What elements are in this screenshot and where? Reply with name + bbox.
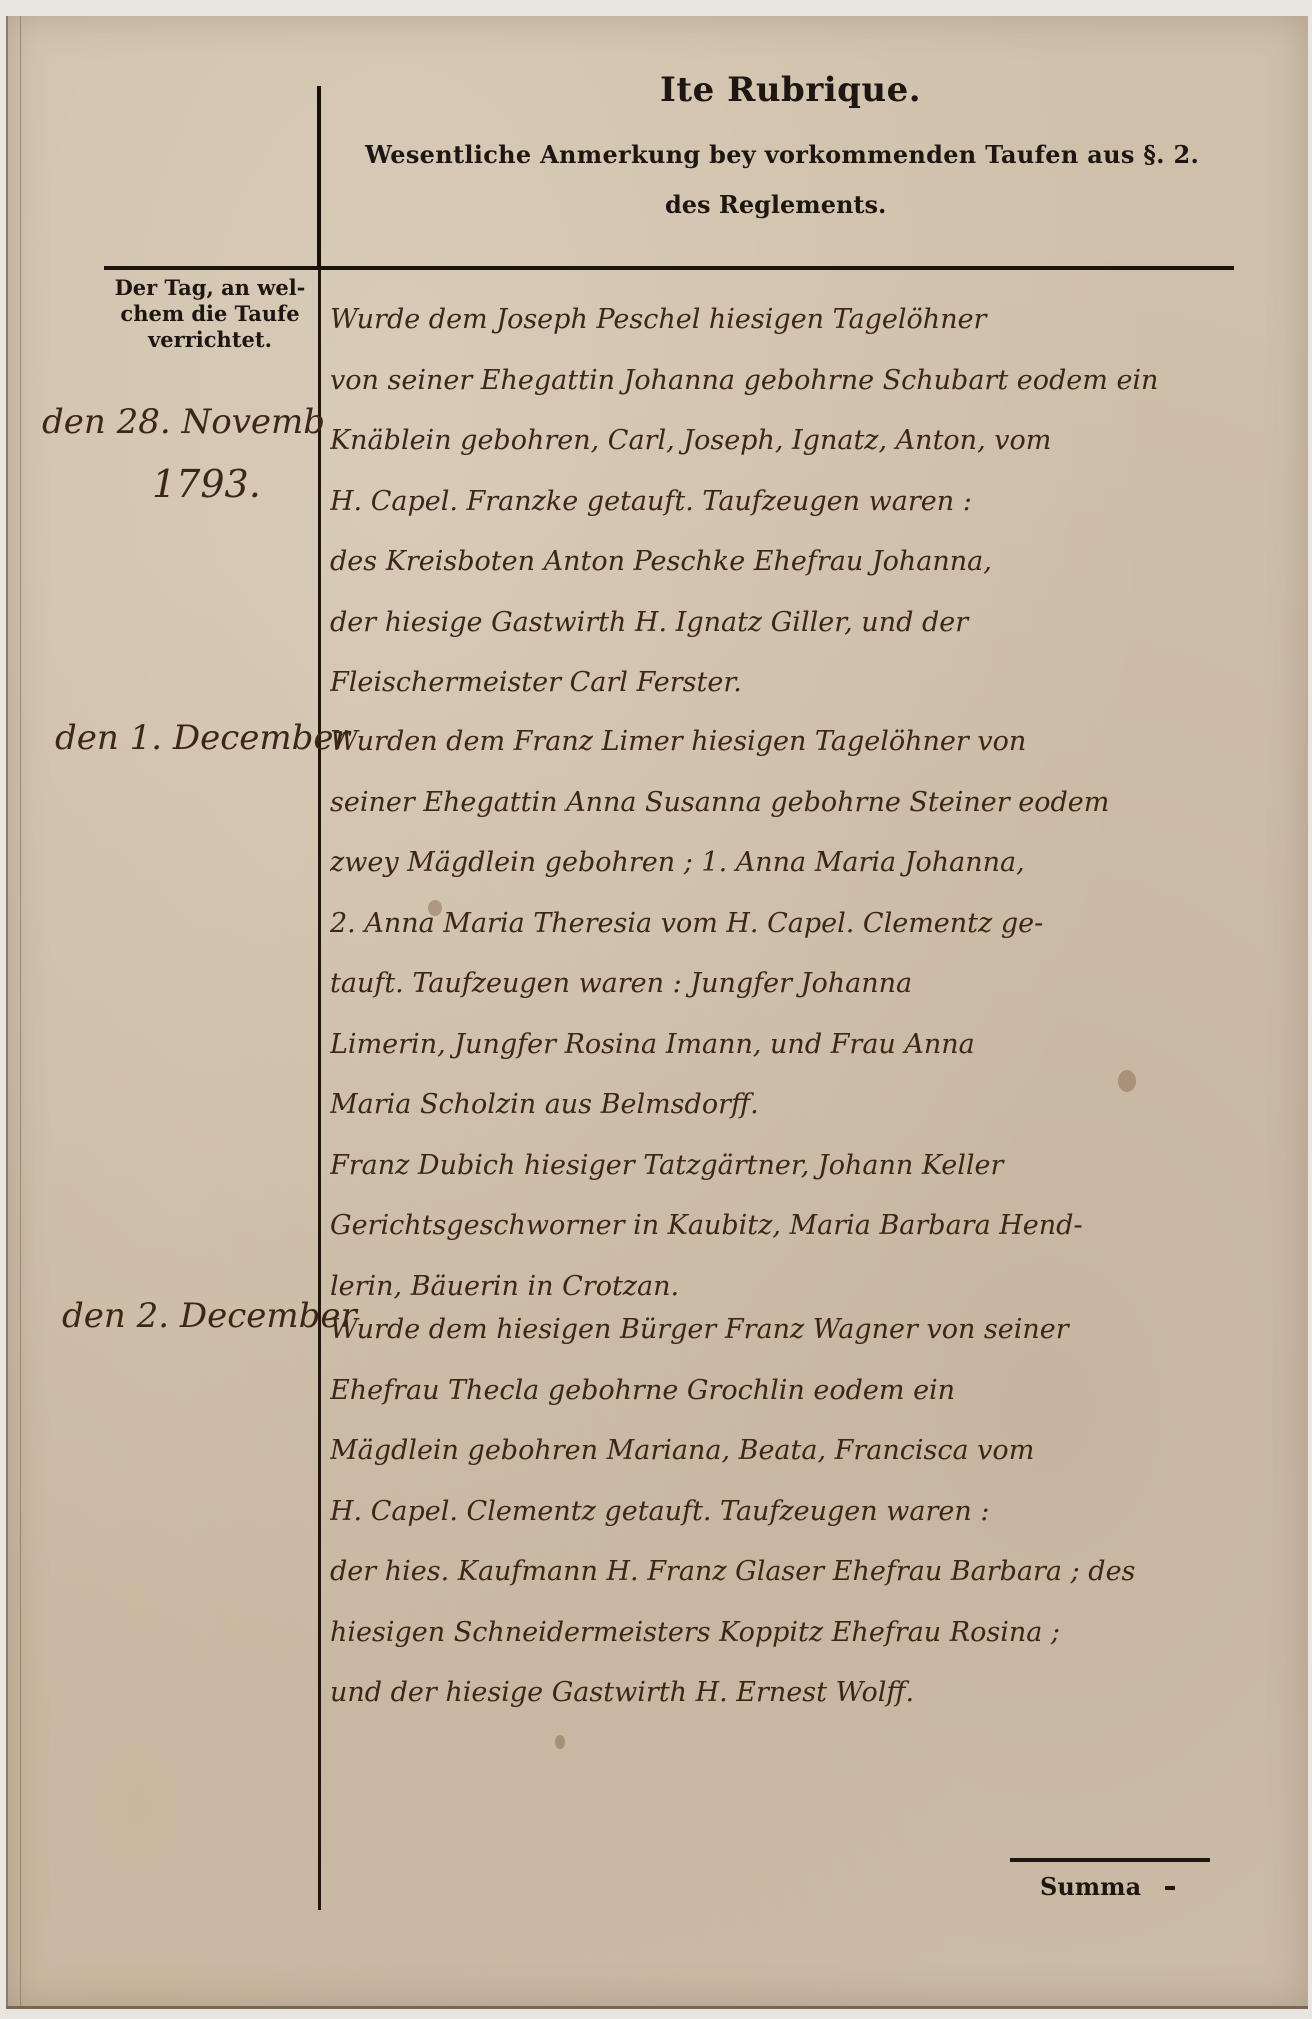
page-title: Ite Rubrique. (660, 70, 921, 110)
entry-line: Knäblein gebohren, Carl, Joseph, Ignatz,… (330, 411, 1280, 472)
entry-line: Limerin, Jungfer Rosina Imann, und Frau … (330, 1015, 1280, 1076)
page-subtitle: Wesentliche Anmerkung bey vorkommenden T… (365, 140, 1245, 169)
entry-date: den 2. December (62, 1296, 357, 1336)
entry-line: Fleischermeister Carl Ferster. (330, 653, 1280, 714)
entry-line: zwey Mägdlein gebohren ; 1. Anna Maria J… (330, 833, 1280, 894)
entry-line: H. Capel. Clementz getauft. Taufzeugen w… (330, 1482, 1280, 1543)
date-column-header: Der Tag, an wel- chem die Taufe verricht… (100, 275, 320, 353)
entry-line: 2. Anna Maria Theresia vom H. Capel. Cle… (330, 894, 1280, 955)
ink-stain (555, 1735, 565, 1749)
entry-line: und der hiesige Gastwirth H. Ernest Wolf… (330, 1663, 1280, 1724)
summa-label: Summa (1040, 1872, 1141, 1901)
entry-line: von seiner Ehegattin Johanna gebohrne Sc… (330, 351, 1280, 412)
entry-line: Wurde dem Joseph Peschel hiesigen Tagelö… (330, 290, 1280, 351)
entry-line: Wurde dem hiesigen Bürger Franz Wagner v… (330, 1300, 1280, 1361)
entry-line: hiesigen Schneidermeisters Koppitz Ehefr… (330, 1603, 1280, 1664)
column-divider-top (317, 86, 321, 266)
entry-line: des Kreisboten Anton Peschke Ehefrau Joh… (330, 532, 1280, 593)
summa-value (1165, 1886, 1175, 1890)
entry-line: H. Capel. Franzke getauft. Taufzeugen wa… (330, 472, 1280, 533)
col-header-line: Der Tag, an wel- (100, 275, 320, 301)
entry-line: Maria Scholzin aus Belmsdorff. (330, 1075, 1280, 1136)
baptism-entry: Wurden dem Franz Limer hiesigen Tagelöhn… (330, 712, 1280, 1317)
entry-line: tauft. Taufzeugen waren : Jungfer Johann… (330, 954, 1280, 1015)
page-edge (6, 16, 21, 2006)
summa-rule (1010, 1858, 1210, 1862)
col-header-line: verrichtet. (100, 327, 320, 353)
entry-year: 1793. (152, 462, 261, 506)
entry-date: den 1. December (55, 718, 350, 758)
col-header-line: chem die Taufe (100, 301, 320, 327)
column-divider (318, 270, 321, 1910)
entry-line: Ehefrau Thecla gebohrne Grochlin eodem e… (330, 1361, 1280, 1422)
baptism-entry: Wurde dem Joseph Peschel hiesigen Tagelö… (330, 290, 1280, 714)
baptism-entry: Wurde dem hiesigen Bürger Franz Wagner v… (330, 1300, 1280, 1724)
header-rule (104, 266, 1234, 270)
entry-date: den 28. Novemb (42, 402, 325, 442)
entry-line: Gerichtsgeschworner in Kaubitz, Maria Ba… (330, 1196, 1280, 1257)
entry-line: der hies. Kaufmann H. Franz Glaser Ehefr… (330, 1542, 1280, 1603)
entry-line: Mägdlein gebohren Mariana, Beata, Franci… (330, 1421, 1280, 1482)
page-subtitle-continued: des Reglements. (665, 190, 886, 219)
entry-line: der hiesige Gastwirth H. Ignatz Giller, … (330, 593, 1280, 654)
entry-line: Wurden dem Franz Limer hiesigen Tagelöhn… (330, 712, 1280, 773)
entry-line: seiner Ehegattin Anna Susanna gebohrne S… (330, 773, 1280, 834)
entry-line: Franz Dubich hiesiger Tatzgärtner, Johan… (330, 1136, 1280, 1197)
